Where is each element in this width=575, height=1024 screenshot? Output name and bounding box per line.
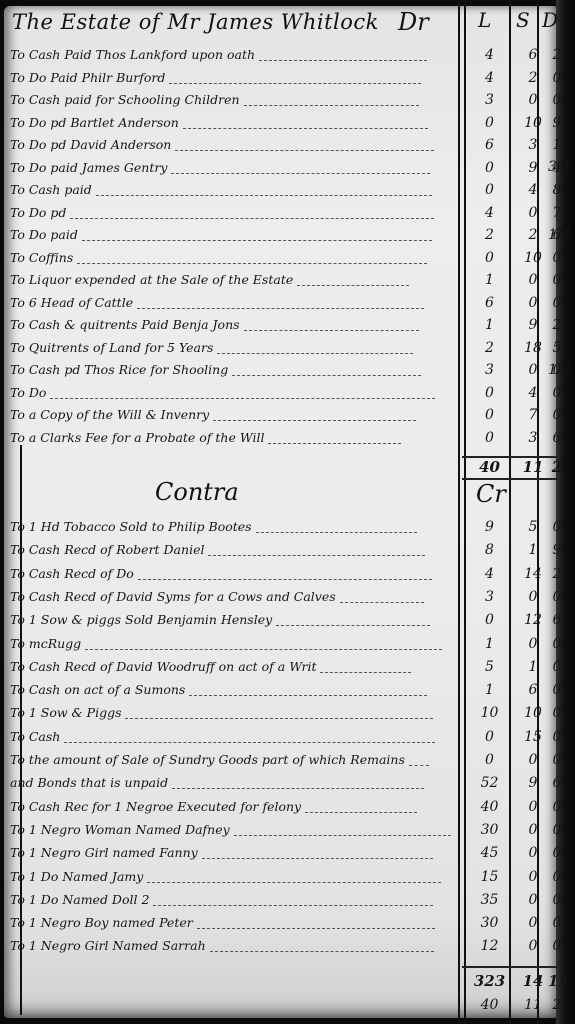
ledger-entry: To Cash paid048 — [10, 179, 570, 201]
entry-description: To Cash Recd of Robert Daniel — [10, 539, 465, 561]
entry-pounds: 3 — [462, 586, 517, 608]
entry-shillings: 0 — [519, 842, 547, 864]
entry-pounds: 0 — [462, 427, 517, 449]
ledger-entry: To Cash on act of a Sumons160 — [10, 679, 570, 701]
entry-pounds: 3 — [462, 89, 517, 111]
entry-shillings: 0 — [519, 889, 547, 911]
entry-pence: 9 — [548, 112, 566, 134]
entry-pounds: 0 — [462, 112, 517, 134]
balance-pounds: 40 — [462, 994, 517, 1016]
debit-total-pence: 2 — [548, 456, 566, 478]
entry-shillings: 6 — [519, 679, 547, 701]
ledger-entry: To Do paid226 — [10, 224, 570, 246]
ledger-entry: To 1 Negro Boy named Peter3000 — [10, 912, 570, 934]
ledger-entry: To 1 Negro Girl Named Sarrah1200 — [10, 935, 570, 957]
entry-pence: 6 — [548, 772, 566, 794]
entry-shillings: 0 — [519, 819, 547, 841]
entry-description: To Cash & quitrents Paid Benja Jons — [10, 314, 465, 336]
entry-description: To Coffins — [10, 247, 465, 269]
entry-description: To 1 Negro Girl Named Sarrah — [10, 935, 465, 957]
ledger-entry: To Coffins0100 — [10, 247, 570, 269]
ledger-entry: To Cash0150 — [10, 726, 570, 748]
entry-pence: 0 — [548, 67, 566, 89]
entry-shillings: 0 — [519, 935, 547, 957]
entry-description: To a Copy of the Will & Invenry — [10, 404, 465, 426]
ledger-entry: To 1 Negro Girl named Fanny4500 — [10, 842, 570, 864]
debit-label: Dr — [398, 8, 429, 36]
entry-shillings: 14 — [519, 563, 547, 585]
entry-pounds: 2 — [462, 337, 517, 359]
entry-description: To 1 Negro Woman Named Dafney — [10, 819, 465, 841]
contra-heading: Contra — [155, 478, 239, 506]
credit-total-pounds: 323 — [462, 970, 517, 992]
entry-pounds: 4 — [462, 563, 517, 585]
entry-shillings: 5 — [519, 516, 547, 538]
ledger-entry: To 1 Do Named Jamy1500 — [10, 866, 570, 888]
entry-pence: 6 — [548, 427, 566, 449]
entry-description: To Do — [10, 382, 465, 404]
entry-shillings: 18 — [519, 337, 547, 359]
entry-pounds: 0 — [462, 609, 517, 631]
entry-shillings: 3 — [519, 134, 547, 156]
entry-pence: 7 1/2 — [548, 202, 566, 224]
entry-description: To Liquor expended at the Sale of the Es… — [10, 269, 465, 291]
entry-description: To 6 Head of Cattle — [10, 292, 465, 314]
ledger-entry: To a Copy of the Will & Invenry070 — [10, 404, 570, 426]
entry-pounds: 6 — [462, 134, 517, 156]
entry-description: To 1 Do Named Doll 2 — [10, 889, 465, 911]
ledger-entry: To 1 Sow & Piggs10100 — [10, 702, 570, 724]
entry-pounds: 52 — [462, 772, 517, 794]
entry-pounds: 0 — [462, 179, 517, 201]
entry-pounds: 5 — [462, 656, 517, 678]
entry-pence: 0 — [548, 89, 566, 111]
entry-description: To 1 Negro Girl named Fanny — [10, 842, 465, 864]
ledger-entry: To Do pd David Anderson631 3/4 — [10, 134, 570, 156]
entry-shillings: 12 — [519, 609, 547, 631]
entry-pence: 0 — [548, 796, 566, 818]
entry-shillings: 9 — [519, 157, 547, 179]
entry-shillings: 4 — [519, 382, 547, 404]
entry-pounds: 45 — [462, 842, 517, 864]
entry-pence: 0 — [548, 679, 566, 701]
entry-pounds: 4 — [462, 202, 517, 224]
entry-shillings: 0 — [519, 89, 547, 111]
ledger-title: The Estate of Mr James Whitlock — [12, 10, 379, 34]
entry-pounds: 2 — [462, 224, 517, 246]
entry-pence: 0 — [548, 586, 566, 608]
entry-description: To 1 Hd Tobacco Sold to Philip Bootes — [10, 516, 465, 538]
entry-pounds: 35 — [462, 889, 517, 911]
ledger-entry: To Do paid James Gentry094 — [10, 157, 570, 179]
balance-row: 40 11 2 — [10, 994, 570, 1016]
pounds-header: L — [478, 8, 491, 32]
entry-description: To Do paid — [10, 224, 465, 246]
ledger-entry: To Cash Recd of Do4142 — [10, 563, 570, 585]
entry-pence: 0 — [548, 404, 566, 426]
entry-description: To Cash on act of a Sumons — [10, 679, 465, 701]
credit-total-pence: 11 — [548, 970, 566, 992]
entry-pence: 1 3/4 — [548, 134, 566, 156]
entry-description: To Do pd David Anderson — [10, 134, 465, 156]
ledger-entry: To Cash Recd of Robert Daniel819 — [10, 539, 570, 561]
entry-pence: 9 — [548, 539, 566, 561]
entry-description: To Quitrents of Land for 5 Years — [10, 337, 465, 359]
entry-pence: 6 — [548, 224, 566, 246]
entry-description: To Cash — [10, 726, 465, 748]
entry-pence: 0 — [548, 516, 566, 538]
entry-pounds: 0 — [462, 247, 517, 269]
ledger-entry: To Cash Recd of David Woodruff on act of… — [10, 656, 570, 678]
credit-total-shillings: 14 — [519, 970, 547, 992]
entry-pounds: 4 — [462, 67, 517, 89]
ledger-entry: To Do040 — [10, 382, 570, 404]
entry-pence: 6 — [548, 609, 566, 631]
debit-total-shillings: 11 — [519, 456, 547, 478]
entry-pounds: 1 — [462, 633, 517, 655]
entry-shillings: 1 — [519, 539, 547, 561]
entry-pence: 0 — [548, 269, 566, 291]
entry-description: To 1 Sow & Piggs — [10, 702, 465, 724]
ledger-entry: To 1 Hd Tobacco Sold to Philip Bootes950 — [10, 516, 570, 538]
ledger-entry: To 1 Do Named Doll 23500 — [10, 889, 570, 911]
entry-pounds: 0 — [462, 726, 517, 748]
entry-description: To Cash paid for Schooling Children — [10, 89, 465, 111]
entry-pence: 0 — [548, 633, 566, 655]
entry-shillings: 0 — [519, 292, 547, 314]
entry-pence: 0 — [548, 912, 566, 934]
ledger-entry: To Cash & quitrents Paid Benja Jons192 — [10, 314, 570, 336]
ledger-entry: To Cash Recd of David Syms for a Cows an… — [10, 586, 570, 608]
entry-shillings: 0 — [519, 586, 547, 608]
ledger-entry: To Cash Paid Thos Lankford upon oath462 — [10, 44, 570, 66]
entry-pence: 0 — [548, 359, 566, 381]
entry-description: To 1 Sow & piggs Sold Benjamin Hensley — [10, 609, 465, 631]
entry-shillings: 0 — [519, 359, 547, 381]
entry-description: and Bonds that is unpaid — [10, 772, 465, 794]
entry-description: To Do pd — [10, 202, 465, 224]
ledger-entry: To Cash Rec for 1 Negroe Executed for fe… — [10, 796, 570, 818]
entry-pence: 0 — [548, 702, 566, 724]
entry-pounds: 6 — [462, 292, 517, 314]
credit-total-rule — [462, 966, 558, 968]
entry-pounds: 0 — [462, 749, 517, 771]
entry-shillings: 9 — [519, 314, 547, 336]
entry-pence: 0 — [548, 819, 566, 841]
entry-description: To Cash Recd of David Woodruff on act of… — [10, 656, 465, 678]
entry-shillings: 10 — [519, 702, 547, 724]
ledger-entry: To Cash pd Thos Rice for Shooling300 — [10, 359, 570, 381]
ledger-entry: and Bonds that is unpaid5296 — [10, 772, 570, 794]
entry-shillings: 2 — [519, 224, 547, 246]
debit-total-pounds: 40 — [462, 456, 517, 478]
entry-pounds: 0 — [462, 157, 517, 179]
ledger-entry: To Do pd Bartlet Anderson0109 — [10, 112, 570, 134]
entry-pounds: 4 — [462, 44, 517, 66]
entry-pence: 2 — [548, 44, 566, 66]
ledger-entry: To the amount of Sale of Sundry Goods pa… — [10, 749, 570, 771]
entry-shillings: 4 — [519, 179, 547, 201]
ledger-entry: To 6 Head of Cattle600 — [10, 292, 570, 314]
entry-shillings: 0 — [519, 749, 547, 771]
ledger-entry: To 1 Sow & piggs Sold Benjamin Hensley01… — [10, 609, 570, 631]
ledger-entry: To a Clarks Fee for a Probate of the Wil… — [10, 427, 570, 449]
entry-pounds: 1 — [462, 314, 517, 336]
entry-pence: 0 — [548, 292, 566, 314]
entry-pence: 0 — [548, 382, 566, 404]
debit-total-row: 40 11 2 — [10, 456, 570, 478]
entry-description: To Do paid James Gentry — [10, 157, 465, 179]
balance-pence: 2 — [548, 994, 566, 1016]
entry-pence: 4 — [548, 157, 566, 179]
entry-pence: 5 1/2 — [548, 337, 566, 359]
entry-shillings: 0 — [519, 269, 547, 291]
entry-shillings: 0 — [519, 633, 547, 655]
entry-description: To Do Paid Philr Burford — [10, 67, 465, 89]
entry-pounds: 10 — [462, 702, 517, 724]
entry-shillings: 10 — [519, 247, 547, 269]
credit-label: Cr — [476, 480, 506, 508]
credit-total-row: 323 14 11 — [10, 970, 570, 992]
entry-pence: 0 — [548, 726, 566, 748]
entry-description: To Do pd Bartlet Anderson — [10, 112, 465, 134]
balance-shillings: 11 — [519, 994, 547, 1016]
entry-description: To Cash Rec for 1 Negroe Executed for fe… — [10, 796, 465, 818]
ledger-entry: To Liquor expended at the Sale of the Es… — [10, 269, 570, 291]
entry-shillings: 7 — [519, 404, 547, 426]
entry-description: To 1 Do Named Jamy — [10, 866, 465, 888]
entry-description: To Cash Recd of Do — [10, 563, 465, 585]
entry-pounds: 12 — [462, 935, 517, 957]
ledger-entry: To Cash paid for Schooling Children300 — [10, 89, 570, 111]
entry-pence: 0 — [548, 842, 566, 864]
entry-shillings: 0 — [519, 796, 547, 818]
entry-shillings: 0 — [519, 202, 547, 224]
entry-shillings: 0 — [519, 912, 547, 934]
entry-pounds: 30 — [462, 912, 517, 934]
entry-pounds: 15 — [462, 866, 517, 888]
entry-description: To mcRugg — [10, 633, 465, 655]
entry-description: To Cash Recd of David Syms for a Cows an… — [10, 586, 465, 608]
entry-description: To the amount of Sale of Sundry Goods pa… — [10, 749, 465, 771]
entry-pence: 0 — [548, 935, 566, 957]
entry-shillings: 2 — [519, 67, 547, 89]
entry-pence: 0 — [548, 247, 566, 269]
entry-shillings: 15 — [519, 726, 547, 748]
ledger-entry: To Quitrents of Land for 5 Years2185 1/2 — [10, 337, 570, 359]
ledger-entry: To Do Paid Philr Burford420 — [10, 67, 570, 89]
entry-shillings: 9 — [519, 772, 547, 794]
ledger-entry: To Do pd407 1/2 — [10, 202, 570, 224]
entry-description: To a Clarks Fee for a Probate of the Wil… — [10, 427, 465, 449]
entry-shillings: 6 — [519, 44, 547, 66]
entry-description: To Cash paid — [10, 179, 465, 201]
pence-header: D — [542, 8, 558, 32]
entry-pounds: 40 — [462, 796, 517, 818]
entry-pounds: 9 — [462, 516, 517, 538]
entry-description: To Cash pd Thos Rice for Shooling — [10, 359, 465, 381]
entry-pounds: 0 — [462, 382, 517, 404]
shillings-header: S — [516, 8, 530, 32]
entry-pence: 0 — [548, 749, 566, 771]
entry-pounds: 0 — [462, 404, 517, 426]
entry-pence: 2 — [548, 563, 566, 585]
entry-pounds: 1 — [462, 269, 517, 291]
entry-pence: 2 — [548, 314, 566, 336]
entry-pounds: 3 — [462, 359, 517, 381]
entry-pounds: 1 — [462, 679, 517, 701]
entry-pence: 0 — [548, 866, 566, 888]
entry-description: To Cash Paid Thos Lankford upon oath — [10, 44, 465, 66]
entry-pence: 0 — [548, 889, 566, 911]
entry-description: To 1 Negro Boy named Peter — [10, 912, 465, 934]
entry-pence: 0 — [548, 656, 566, 678]
ledger-entry: To 1 Negro Woman Named Dafney3000 — [10, 819, 570, 841]
entry-shillings: 3 — [519, 427, 547, 449]
entry-shillings: 0 — [519, 866, 547, 888]
entry-pounds: 8 — [462, 539, 517, 561]
entry-shillings: 1 — [519, 656, 547, 678]
ledger-entry: To mcRugg100 — [10, 633, 570, 655]
entry-shillings: 10 — [519, 112, 547, 134]
entry-pounds: 30 — [462, 819, 517, 841]
entry-pence: 8 — [548, 179, 566, 201]
